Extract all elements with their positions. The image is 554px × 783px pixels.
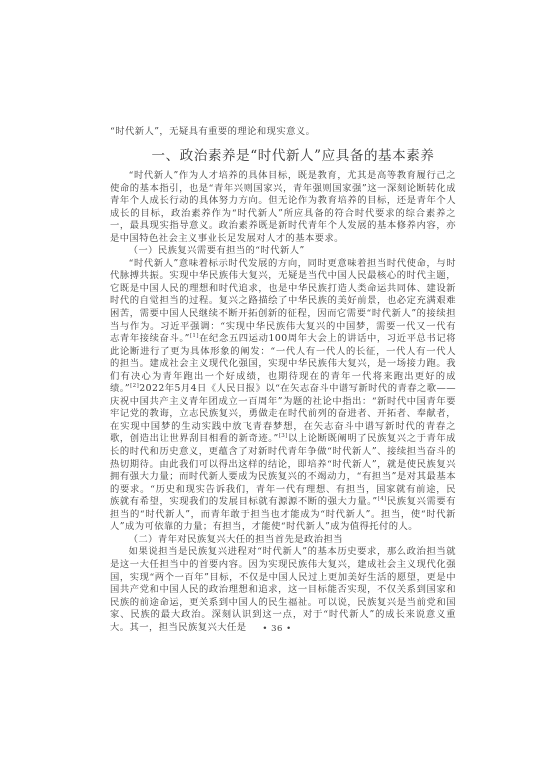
footnote-ref-2[interactable]: [2] <box>130 383 139 389</box>
page-number: • 36 • <box>0 624 554 634</box>
subheading-2: （二）青年对民族复兴大任的担当首先是政治担当 <box>110 534 456 547</box>
lead-line: “时代新人”，无疑具有重要的理论和现实意义。 <box>110 126 456 139</box>
paragraph-2: “时代新人”意味着标示时代发展的方向，同时更意味着担当时代使命，与时代脉搏共振。… <box>110 258 456 534</box>
section-heading: 一、政治素养是“时代新人”应具备的基本素养 <box>110 148 456 164</box>
footnote-ref-3[interactable]: [3] <box>279 433 288 439</box>
footnote-ref-1[interactable]: [1] <box>190 333 199 339</box>
paragraph-2-part: “时代新人”意味着标示时代发展的方向，同时更意味着担当时代使命，与时代脉搏共振。… <box>110 258 456 344</box>
body-text: “时代新人”作为人才培养的具体目标，既是教育，尤其是高等教育履行己之使命的基本指… <box>110 170 456 634</box>
lead-text: “时代新人”，无疑具有重要的理论和现实意义。 <box>110 126 315 137</box>
footnote-ref-4[interactable]: [4] <box>378 496 387 502</box>
document-page: “时代新人”，无疑具有重要的理论和现实意义。 一、政治素养是“时代新人”应具备的… <box>0 0 554 783</box>
subheading-1: （一）民族复兴需要有担当的“时代新人” <box>110 245 456 258</box>
paragraph-3: 如果说担当是民族复兴进程对“时代新人”的基本历史要求，那么政治担当就是这一大任担… <box>110 546 456 634</box>
paragraph-1: “时代新人”作为人才培养的具体目标，既是教育，尤其是高等教育履行己之使命的基本指… <box>110 170 456 245</box>
